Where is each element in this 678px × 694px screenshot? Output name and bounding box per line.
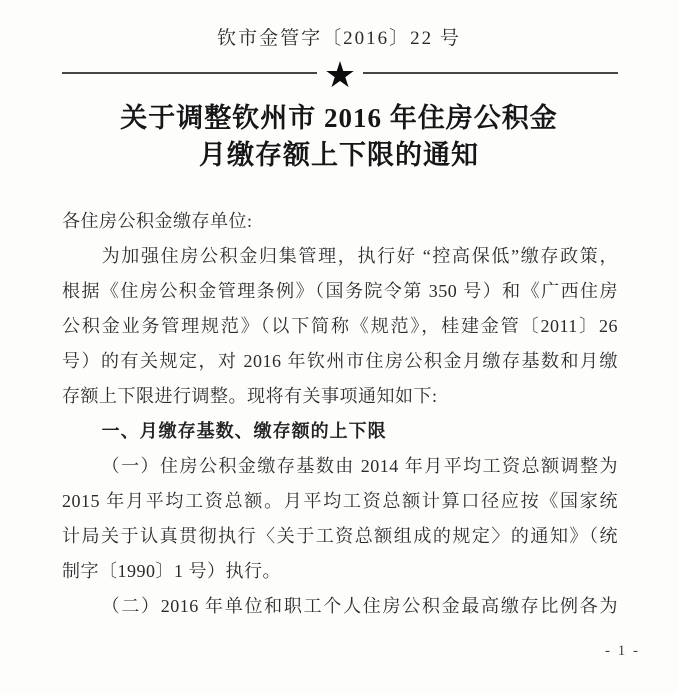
body-line: 2015 年月平均工资总额。月平均工资总额计算口径应按《国家统 xyxy=(62,484,618,519)
section-heading: 一、月缴存基数、缴存额的上下限 xyxy=(62,414,618,449)
body-line: 计局关于认真贯彻执行〈关于工资总额组成的规定〉的通知》（统 xyxy=(62,519,618,554)
body-line: 为加强住房公积金归集管理，执行好 “控高保低”缴存政策， xyxy=(62,239,618,274)
divider-line-left xyxy=(62,72,317,74)
body-line: （二）2016 年单位和职工个人住房公积金最高缴存比例各为 xyxy=(62,589,618,624)
page-number: - 1 - xyxy=(605,643,640,660)
document-page: 钦市金管字〔2016〕22 号 ★ 关于调整钦州市 2016 年住房公积金 月缴… xyxy=(0,0,678,694)
body-line: 号）的有关规定，对 2016 年钦州市住房公积金月缴存基数和月缴 xyxy=(62,344,618,379)
document-number: 钦市金管字〔2016〕22 号 xyxy=(0,26,678,52)
header-divider: ★ xyxy=(62,58,618,92)
body-line: 制字〔1990〕1 号）执行。 xyxy=(62,554,618,589)
body-line: 根据《住房公积金管理条例》（国务院令第 350 号）和《广西住房 xyxy=(62,274,618,309)
body-line: 存额上下限进行调整。现将有关事项通知如下: xyxy=(62,379,618,414)
divider-line-right xyxy=(363,72,618,74)
document-title-line-2: 月缴存额上下限的通知 xyxy=(0,137,678,174)
document-body: 各住房公积金缴存单位: 为加强住房公积金归集管理，执行好 “控高保低”缴存政策，… xyxy=(62,204,618,624)
body-line: （一）住房公积金缴存基数由 2014 年月平均工资总额调整为 xyxy=(62,449,618,484)
salutation: 各住房公积金缴存单位: xyxy=(62,204,618,239)
star-icon: ★ xyxy=(317,57,363,93)
body-line: 公积金业务管理规范》（以下简称《规范》，桂建金管〔2011〕26 xyxy=(62,309,618,344)
document-title-line-1: 关于调整钦州市 2016 年住房公积金 xyxy=(0,100,678,137)
document-title: 关于调整钦州市 2016 年住房公积金 月缴存额上下限的通知 xyxy=(0,100,678,174)
